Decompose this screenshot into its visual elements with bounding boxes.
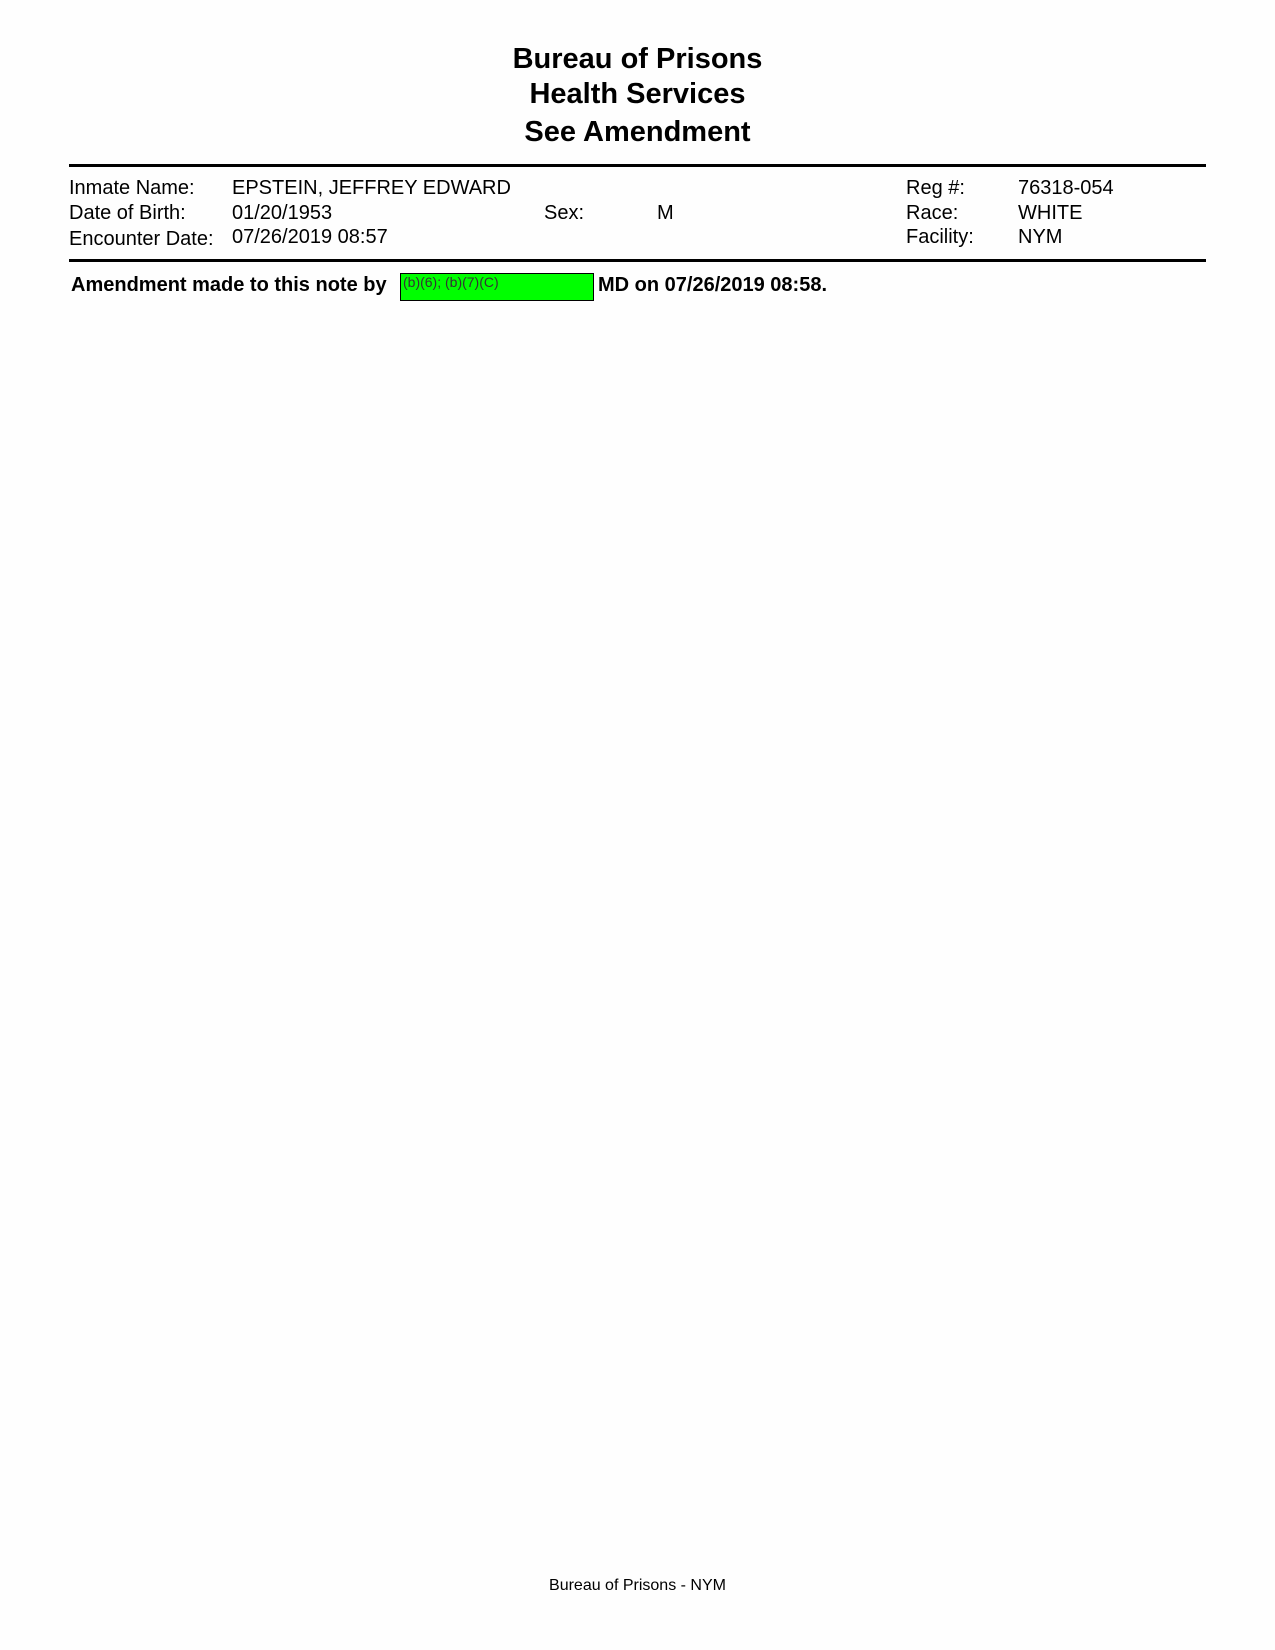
header-divider-top [69,164,1206,167]
document-title: See Amendment [0,118,1275,147]
amendment-suffix: MD on 07/26/2019 08:58. [598,275,827,295]
facility-value: NYM [1018,227,1062,247]
sex-label: Sex: [544,203,584,223]
redaction-box: (b)(6); (b)(7)(C) [400,273,594,301]
amendment-prefix: Amendment made to this note by [71,275,387,295]
inmate-name-label: Inmate Name: [69,178,195,198]
facility-label: Facility: [906,227,974,247]
inmate-name-value: EPSTEIN, JEFFREY EDWARD [232,178,511,198]
race-label: Race: [906,203,958,223]
race-value: WHITE [1018,203,1082,223]
header-department: Health Services [0,80,1275,109]
header-agency: Bureau of Prisons [0,45,1275,74]
reg-number-label: Reg #: [906,178,965,198]
page-footer: Bureau of Prisons - NYM [0,1577,1275,1595]
dob-value: 01/20/1953 [232,203,332,223]
encounter-date-label: Encounter Date: [69,229,214,249]
sex-value: M [657,203,674,223]
header-divider-bottom [69,259,1206,262]
encounter-date-value: 07/26/2019 08:57 [232,227,388,247]
dob-label: Date of Birth: [69,203,186,223]
reg-number-value: 76318-054 [1018,178,1114,198]
